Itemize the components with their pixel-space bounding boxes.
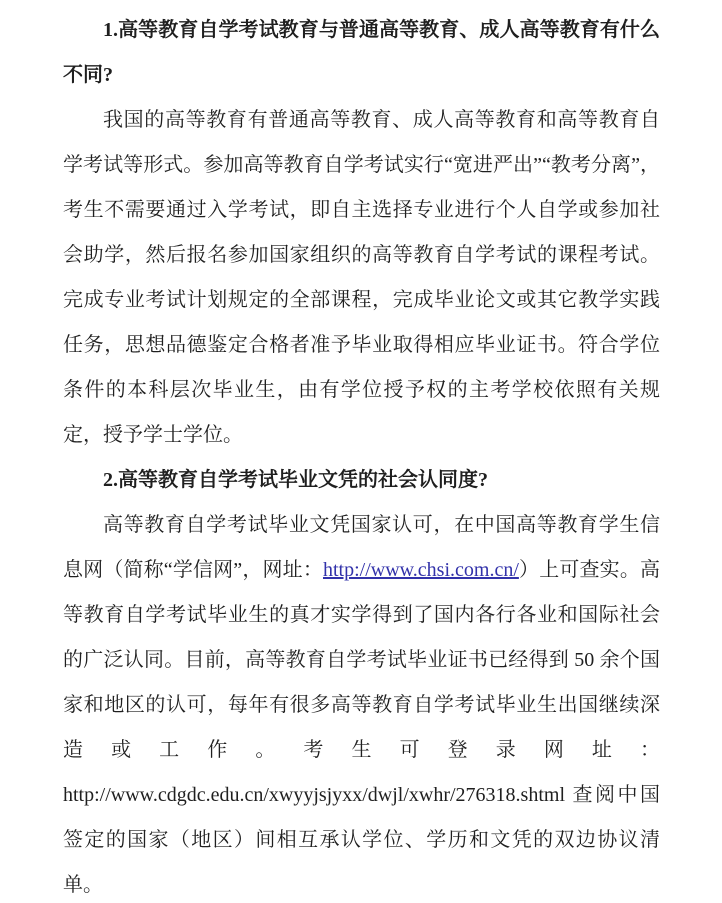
cdgdc-url-text: http://www.cdgdc.edu.cn/xwyyjsjyxx/dwjl/… bbox=[63, 784, 565, 806]
answer-2-text-mid: ）上可查实。高等教育自学考试毕业生的真才实学得到了国内各行各业和国际社会的广泛认… bbox=[63, 559, 660, 761]
question-1-heading: 1.高等教育自学考试教育与普通高等教育、成人高等教育有什么不同? bbox=[63, 8, 660, 98]
question-2-answer: 高等教育自学考试毕业文凭国家认可，在中国高等教育学生信息网（简称“学信网”，网址… bbox=[63, 503, 660, 903]
question-1-answer: 我国的高等教育有普通高等教育、成人高等教育和高等教育自学考试等形式。参加高等教育… bbox=[63, 98, 660, 458]
question-2-heading: 2.高等教育自学考试毕业文凭的社会认同度? bbox=[63, 458, 660, 503]
document-page: 1.高等教育自学考试教育与普通高等教育、成人高等教育有什么不同? 我国的高等教育… bbox=[0, 0, 722, 903]
chsi-website-link[interactable]: http://www.chsi.com.cn/ bbox=[323, 559, 519, 581]
